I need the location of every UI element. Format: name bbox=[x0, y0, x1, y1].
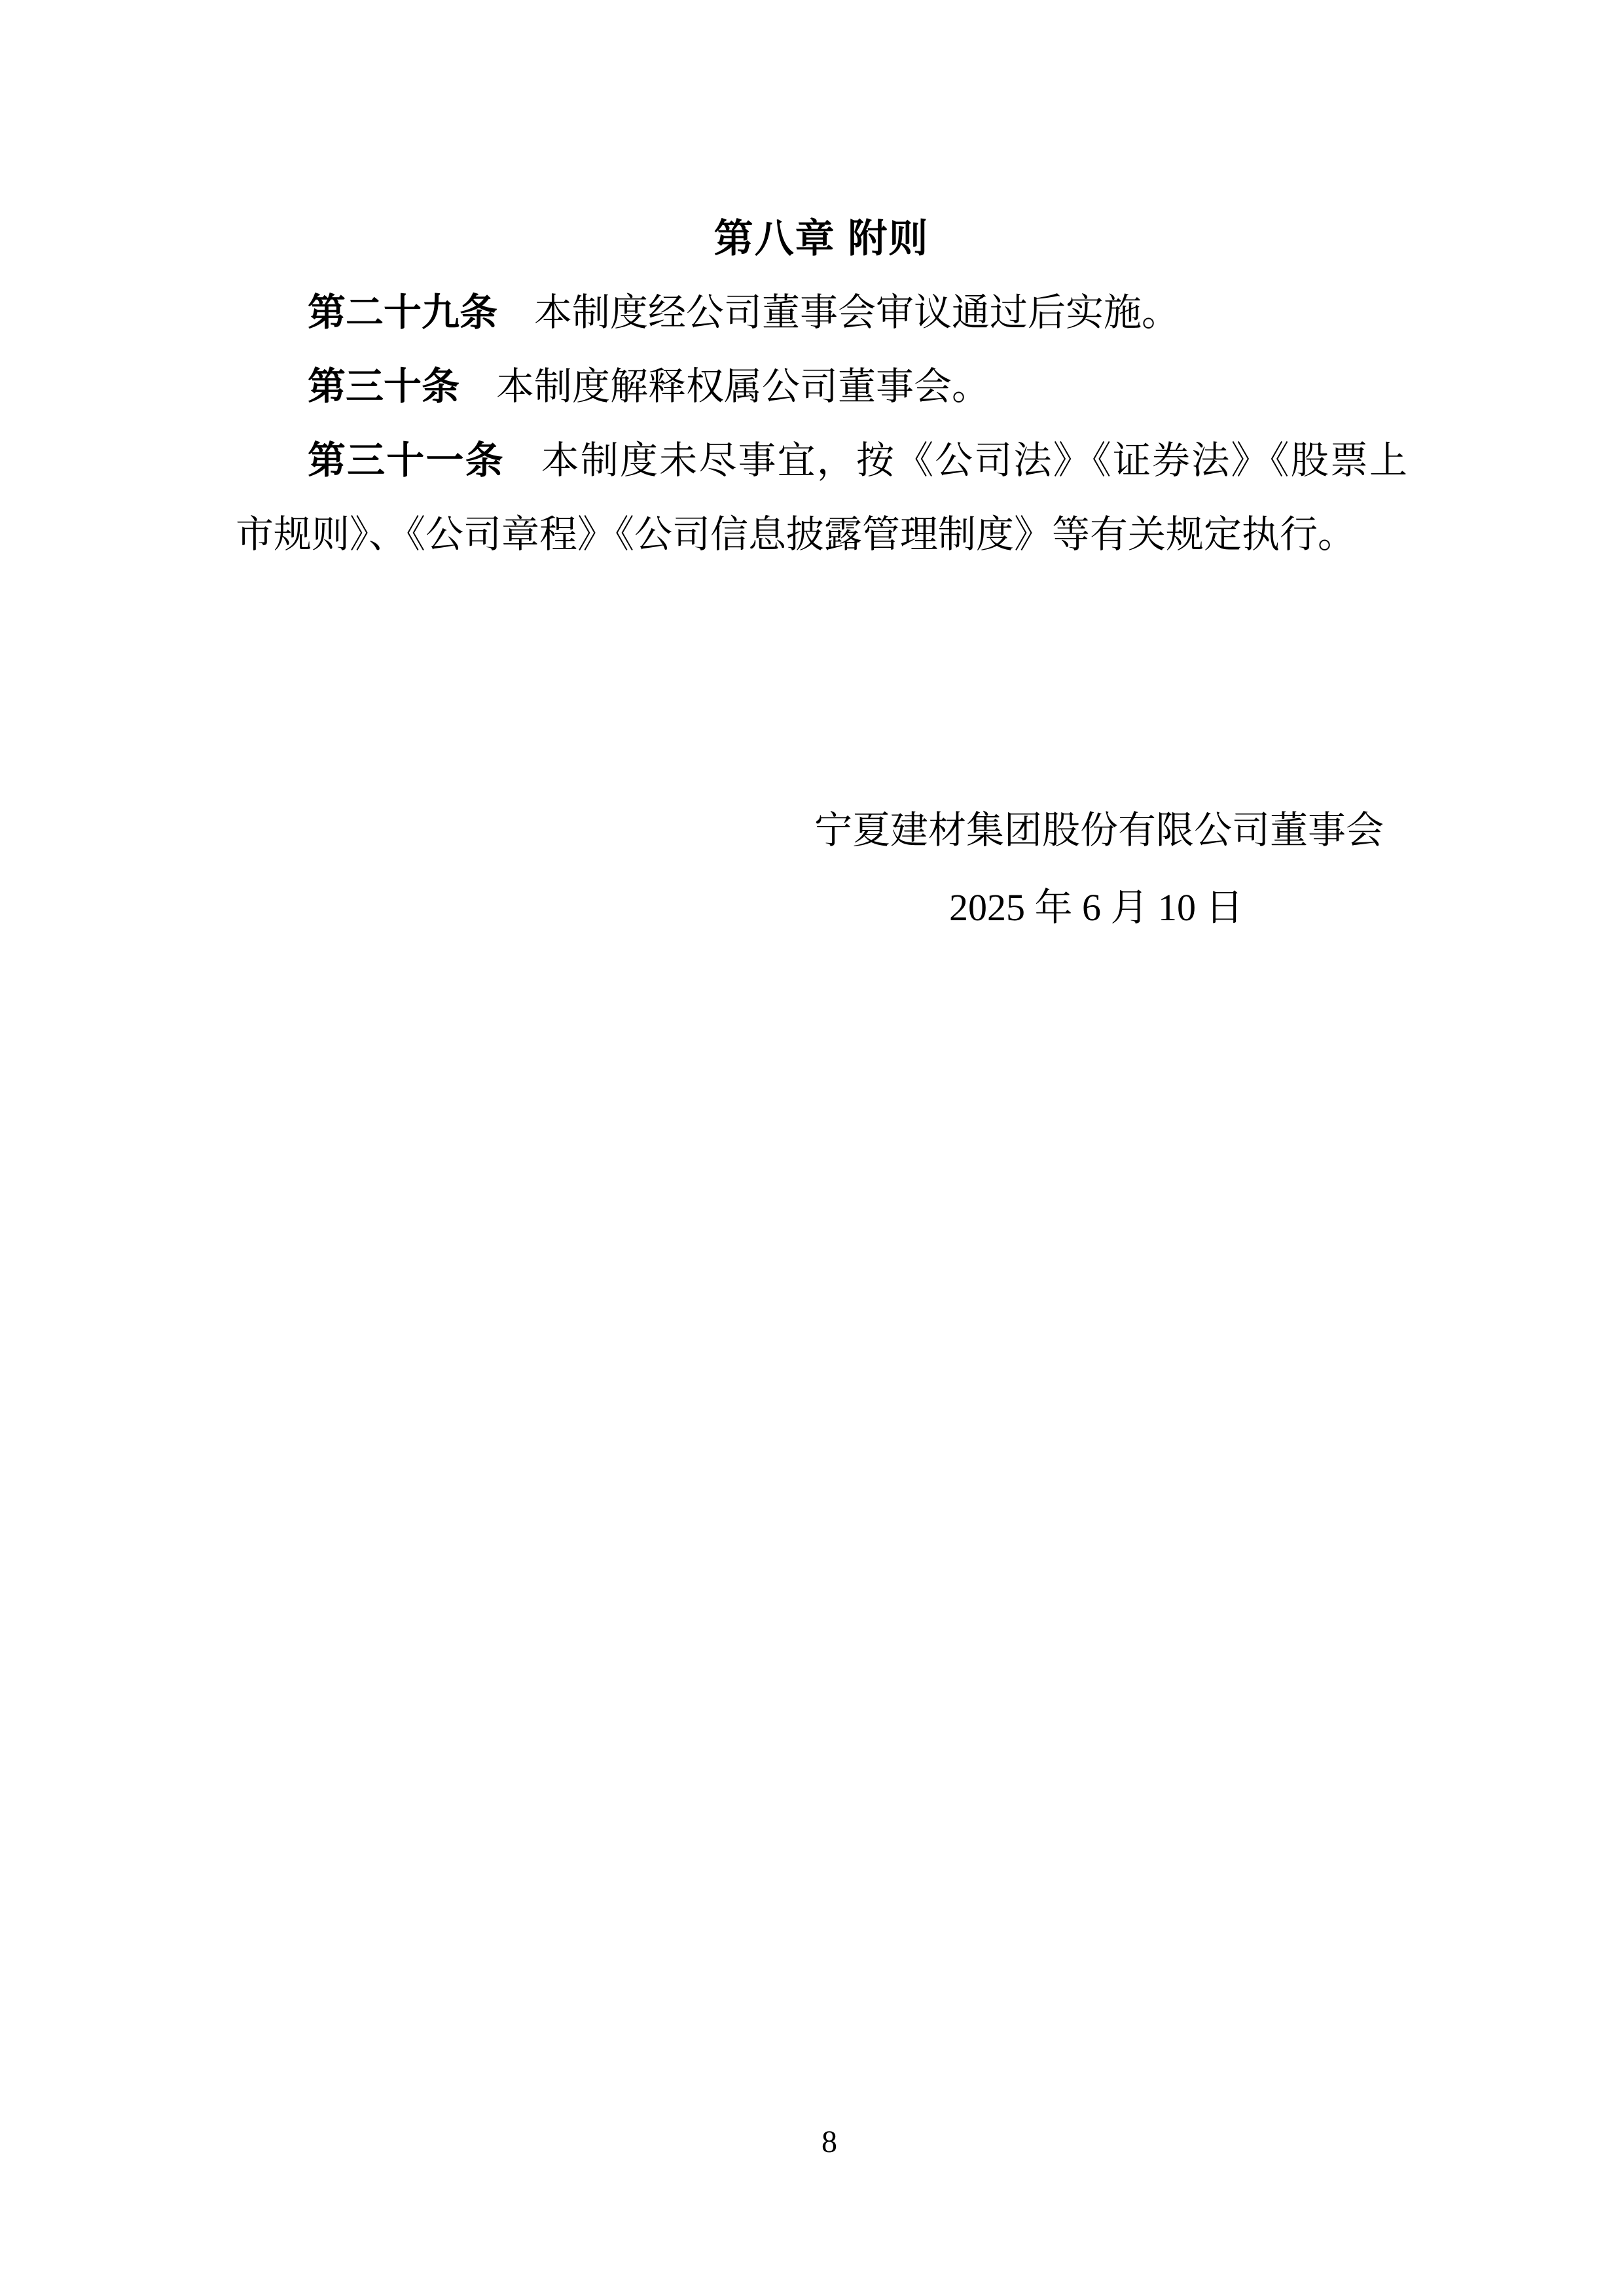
article-paragraph-29: 第二十九条本制度经公司董事会审议通过后实施。 bbox=[236, 276, 1407, 350]
date-line: 2025 年 6 月 10 日 bbox=[949, 870, 1244, 944]
article-text: 本制度经公司董事会审议通过后实施。 bbox=[534, 291, 1180, 334]
document-body: 第八章 附则 第二十九条本制度经公司董事会审议通过后实施。 第三十条本制度解释权… bbox=[236, 202, 1407, 571]
article-text: 本制度解释权属公司董事会。 bbox=[496, 365, 990, 408]
article-paragraph-31: 第三十一条本制度未尽事宜，按《公司法》《证券法》《股票上市规则》、《公司章程》《… bbox=[236, 423, 1407, 571]
page-number: 8 bbox=[0, 2124, 1624, 2161]
article-paragraph-30: 第三十条本制度解释权属公司董事会。 bbox=[236, 350, 1407, 423]
signature-line: 宁夏建材集团股份有限公司董事会 bbox=[814, 793, 1384, 867]
article-number: 第二十九条 bbox=[308, 291, 497, 334]
article-number: 第三十条 bbox=[308, 365, 460, 408]
document-page: 第八章 附则 第二十九条本制度经公司董事会审议通过后实施。 第三十条本制度解释权… bbox=[0, 0, 1624, 2296]
chapter-heading: 第八章 附则 bbox=[236, 202, 1407, 276]
article-number: 第三十一条 bbox=[308, 439, 505, 482]
